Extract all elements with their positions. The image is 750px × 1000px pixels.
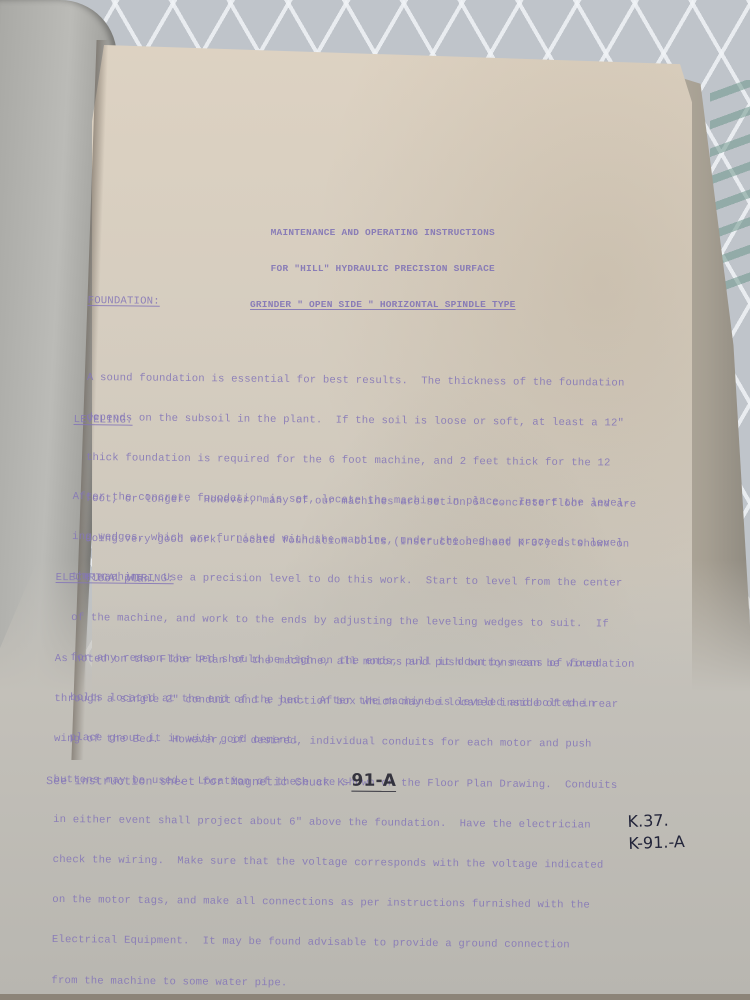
text-line: wing of the Bed. However, if desired, in… [54, 733, 618, 752]
text-line: through a single 2" conduit and a juncti… [54, 693, 618, 712]
title-line-1: MAINTENANCE AND OPERATING INSTRUCTIONS [250, 227, 516, 239]
margin-note-line: K.37. [627, 809, 684, 833]
text-line: in either event shall project about 6" a… [53, 814, 617, 833]
section-heading: FOUNDATION: [88, 295, 639, 314]
text-line: Electrical Equipment. It may be found ad… [52, 934, 616, 953]
margin-note-line: K-91.-A [628, 831, 685, 855]
handwritten-margin-notes: K.37. K-91.-A [627, 809, 685, 855]
text-line: After the concrete foundation is set, lo… [73, 491, 637, 511]
text-line: on the motor tags, and make all connecti… [52, 894, 616, 913]
see-also-note: See instruction sheet for Magnetic Chuck… [32, 760, 396, 791]
text-line: check the wiring. Make sure that the vol… [53, 854, 617, 873]
section-heading: LEVELING: [74, 414, 638, 434]
see-also-typed: See instruction sheet for Magnetic Chuck… [46, 775, 351, 790]
section-heading: ELECTRICAL WIRING: [56, 572, 620, 591]
text-line: from the machine to some water pipe. [51, 975, 615, 994]
see-also-handwritten: 91-A [351, 771, 396, 791]
text-line: As noted on the Floor Plan of the machin… [55, 653, 619, 672]
